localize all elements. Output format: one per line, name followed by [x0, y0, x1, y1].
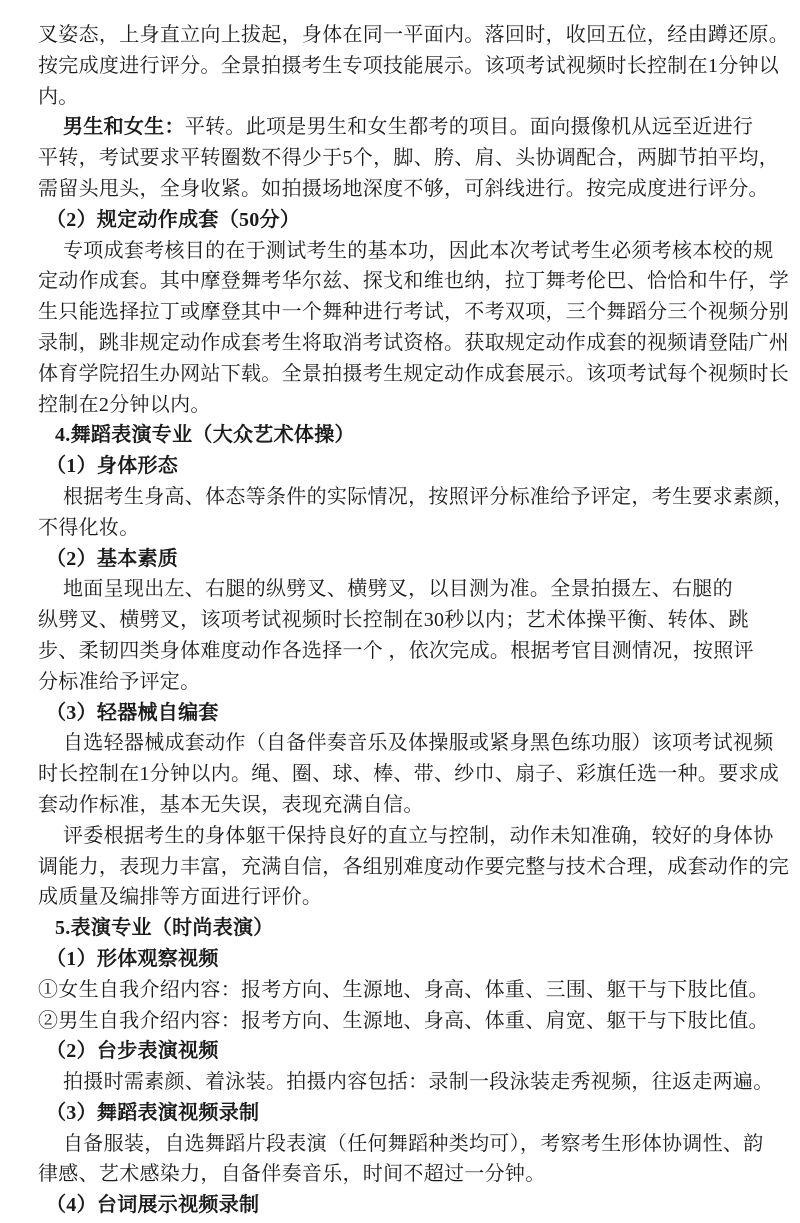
text-line: 内。 — [38, 82, 772, 113]
text-line: 录制，跳非规定动作成套考生将取消考试资格。获取规定动作成套的视频请登陆广州 — [38, 328, 772, 359]
heading-line: （1）身体形态 — [38, 451, 772, 482]
document-body: 叉姿态，上身直立向上拔起，身体在同一平面内。落回时，收回五位，经由蹲还原。按完成… — [38, 20, 772, 1221]
heading-line: （2）基本素质 — [38, 544, 772, 575]
text-line: 生只能选择拉丁或摩登其中一个舞种进行考试，不考双项，三个舞蹈分三个视频分别 — [38, 297, 772, 328]
heading-line: （3）舞蹈表演视频录制 — [38, 1098, 772, 1129]
document-page: 叉姿态，上身直立向上拔起，身体在同一平面内。落回时，收回五位，经由蹲还原。按完成… — [0, 0, 800, 1223]
text-line: 时长控制在1分钟以内。绳、圈、球、棒、带、纱巾、扇子、彩旗任选一种。要求成 — [38, 759, 772, 790]
text-line: 平转，考试要求平转圈数不得少于5个，脚、胯、肩、头协调配合，两脚节拍平均， — [38, 143, 772, 174]
text-line: 律感、艺术感染力，自备伴奏音乐，时间不超过一分钟。 — [38, 1159, 772, 1190]
text-line: 调能力，表现力丰富，充满自信，各组别难度动作要完整与技术合理，成套动作的完 — [38, 852, 772, 883]
text-line: 步、柔韧四类身体难度动作各选择一个 ，依次完成。根据考官目测情况，按照评 — [38, 636, 772, 667]
text-line: 男生和女生：平转。此项是男生和女生都考的项目。面向摄像机从远至近进行 — [38, 112, 772, 143]
bold-run: 男生和女生： — [63, 116, 185, 138]
text-line: 自选轻器械成套动作（自备伴奏音乐及体操服或紧身黑色练功服）该项考试视频 — [38, 728, 772, 759]
text-line: 评委根据考生的身体躯干保持良好的直立与控制，动作未知准确，较好的身体协 — [38, 821, 772, 852]
text-line: 专项成套考核目的在于测试考生的基本功，因此本次考试考生必须考核本校的规 — [38, 236, 772, 267]
heading-line: （2）规定动作成套（50分） — [38, 205, 772, 236]
text-line: 需留头甩头，全身收紧。如拍摄场地深度不够，可斜线进行。按完成度进行评分。 — [38, 174, 772, 205]
text-line: 拍摄时需素颜、着泳装。拍摄内容包括：录制一段泳装走秀视频，往返走两遍。 — [38, 1067, 772, 1098]
text-line: 控制在2分钟以内。 — [38, 390, 772, 421]
text-line: ①女生自我介绍内容：报考方向、生源地、身高、体重、三围、躯干与下肢比值。 — [38, 975, 772, 1006]
text-line: 叉姿态，上身直立向上拔起，身体在同一平面内。落回时，收回五位，经由蹲还原。 — [38, 20, 772, 51]
heading-line: 5.表演专业（时尚表演） — [38, 913, 772, 944]
text-line: 按完成度进行评分。全景拍摄考生专项技能展示。该项考试视频时长控制在1分钟以 — [38, 51, 772, 82]
text-line: 套动作标准，基本无失误，表现充满自信。 — [38, 790, 772, 821]
text-line: 根据考生身高、体态等条件的实际情况，按照评分标准给予评定，考生要求素颜， — [38, 482, 772, 513]
text-line: 分标准给予评定。 — [38, 667, 772, 698]
text-line: 定动作成套。其中摩登舞考华尔兹、探戈和维也纳，拉丁舞考伦巴、恰恰和牛仔，学 — [38, 266, 772, 297]
heading-line: 4.舞蹈表演专业（大众艺术体操） — [38, 420, 772, 451]
heading-line: （3）轻器械自编套 — [38, 698, 772, 729]
text-line: 体育学院招生办网站下载。全景拍摄考生规定动作成套展示。该项考试每个视频时长 — [38, 359, 772, 390]
text-line: 成质量及编排等方面进行评价。 — [38, 882, 772, 913]
text-line: 纵劈叉、横劈叉，该项考试视频时长控制在30秒以内；艺术体操平衡、转体、跳 — [38, 605, 772, 636]
text-line: 自备服装，自选舞蹈片段表演（任何舞蹈种类均可），考察考生形体协调性、韵 — [38, 1129, 772, 1160]
text-line: 地面呈现出左、右腿的纵劈叉、横劈叉，以目测为准。全景拍摄左、右腿的 — [38, 574, 772, 605]
text-line: 不得化妆。 — [38, 513, 772, 544]
heading-line: （2）台步表演视频 — [38, 1036, 772, 1067]
text-line: ②男生自我介绍内容：报考方向、生源地、身高、体重、肩宽、躯干与下肢比值。 — [38, 1006, 772, 1037]
heading-line: （4）台词展示视频录制 — [38, 1190, 772, 1221]
heading-line: （1）形体观察视频 — [38, 944, 772, 975]
text-run: 平转。此项是男生和女生都考的项目。面向摄像机从远至近进行 — [185, 116, 753, 138]
